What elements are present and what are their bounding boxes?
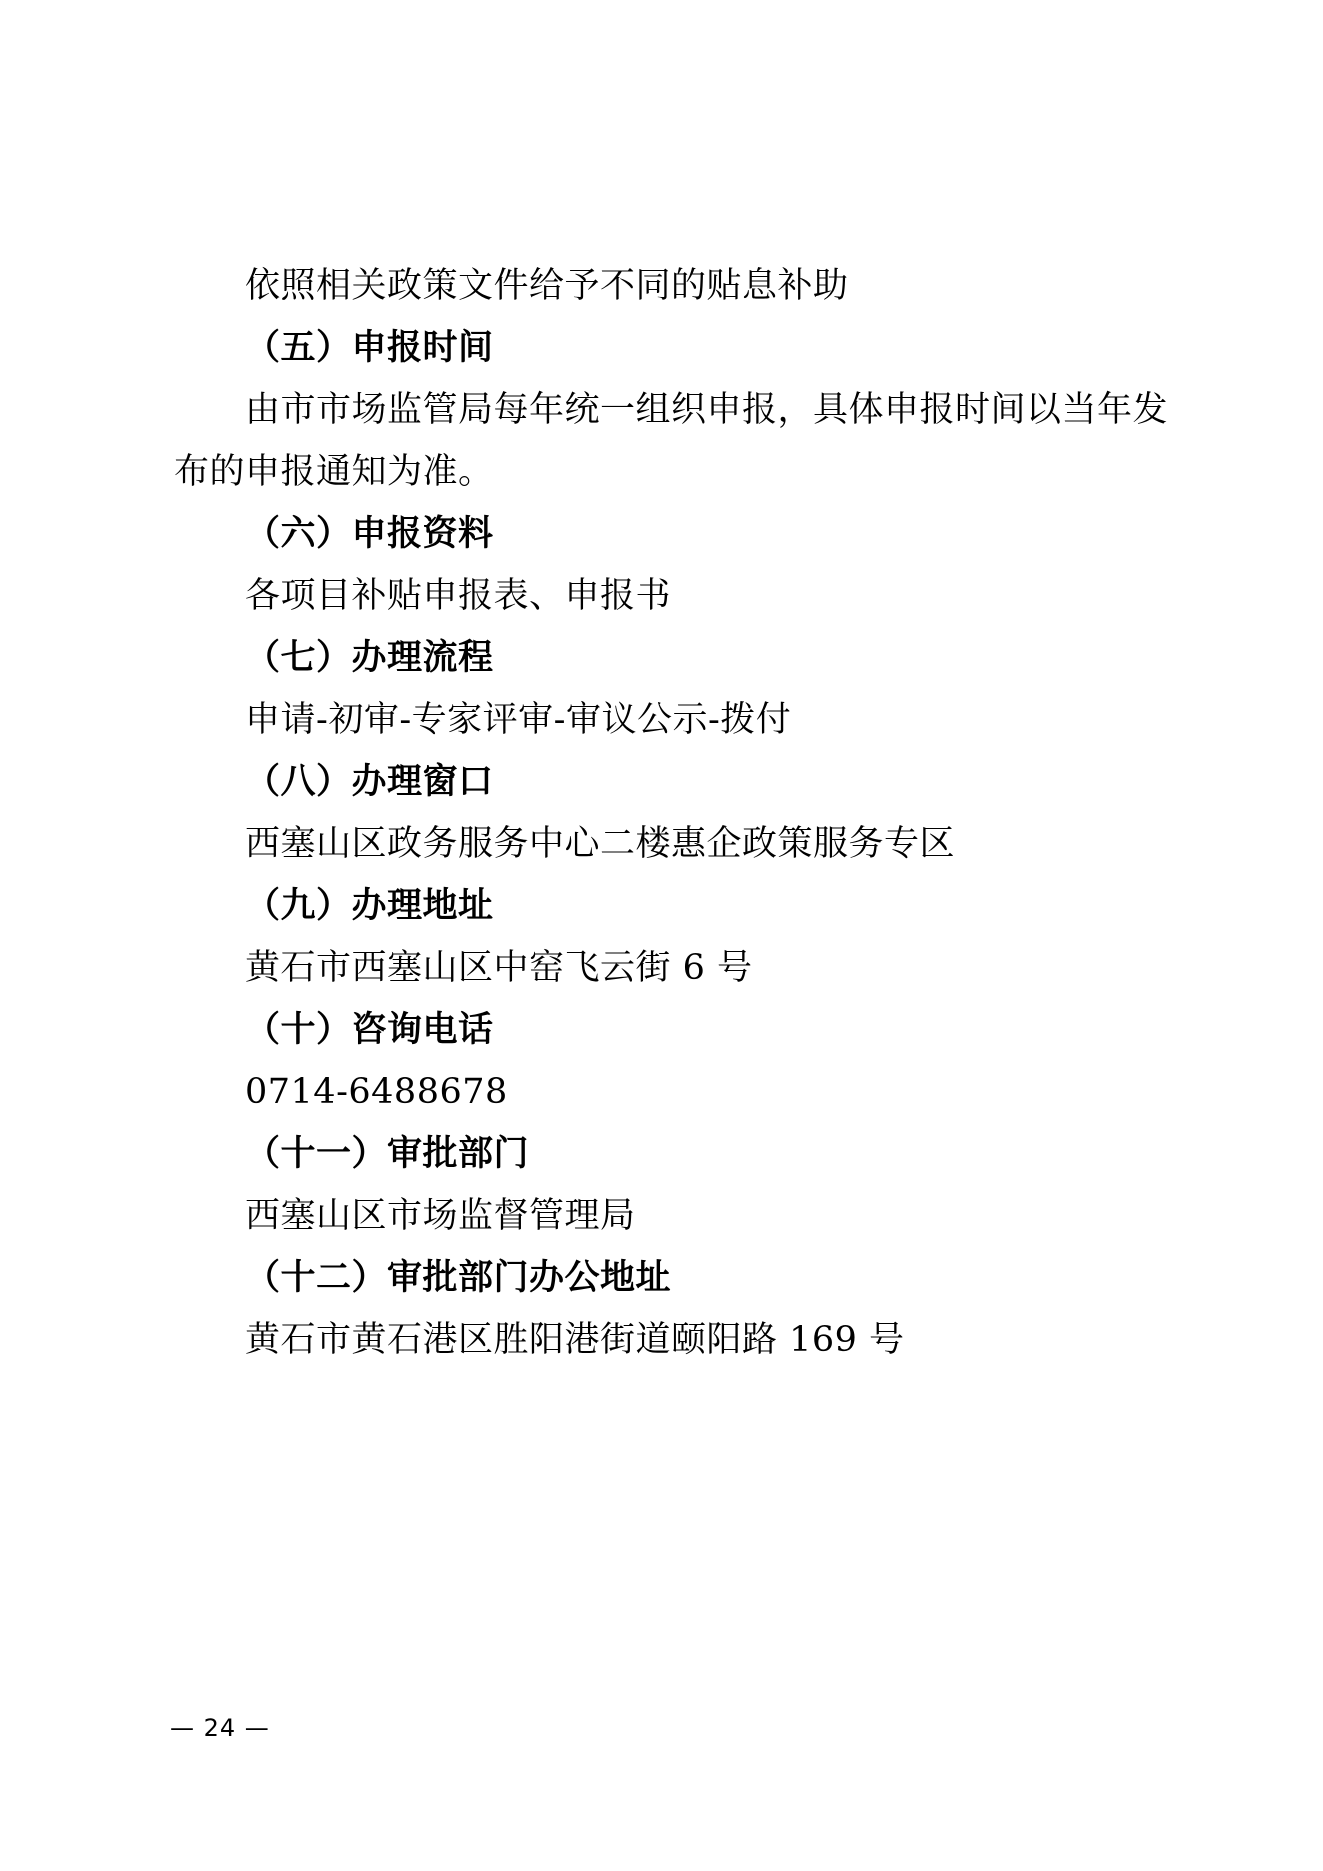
document-body: 依照相关政策文件给予不同的贴息补助（五）申报时间由市市场监管局每年统一组织申报，… <box>174 255 1152 1371</box>
document-line: 各项目补贴申报表、申报书 <box>174 565 1152 627</box>
document-line: 申请-初审-专家评审-审议公示-拨付 <box>174 689 1152 751</box>
document-page: 依照相关政策文件给予不同的贴息补助（五）申报时间由市市场监管局每年统一组织申报，… <box>0 0 1323 1871</box>
section-heading: （十二）审批部门办公地址 <box>174 1247 1152 1309</box>
section-heading: （八）办理窗口 <box>174 751 1152 813</box>
section-heading: （十）咨询电话 <box>174 999 1152 1061</box>
document-line: 西塞山区政务服务中心二楼惠企政策服务专区 <box>174 813 1152 875</box>
section-heading: （五）申报时间 <box>174 317 1152 379</box>
document-line: 西塞山区市场监督管理局 <box>174 1185 1152 1247</box>
section-heading: （六）申报资料 <box>174 503 1152 565</box>
document-line: 黄石市黄石港区胜阳港街道颐阳路 169 号 <box>174 1309 1152 1371</box>
document-line: 黄石市西塞山区中窑飞云街 6 号 <box>174 937 1152 999</box>
page-number: — 24 — <box>170 1714 270 1742</box>
section-heading: （七）办理流程 <box>174 627 1152 689</box>
section-heading: （九）办理地址 <box>174 875 1152 937</box>
document-line: 布的申报通知为准。 <box>174 441 1152 503</box>
document-line: 依照相关政策文件给予不同的贴息补助 <box>174 255 1152 317</box>
document-line: 由市市场监管局每年统一组织申报，具体申报时间以当年发 <box>174 379 1152 441</box>
document-line: 0714-6488678 <box>174 1061 1152 1123</box>
section-heading: （十一）审批部门 <box>174 1123 1152 1185</box>
